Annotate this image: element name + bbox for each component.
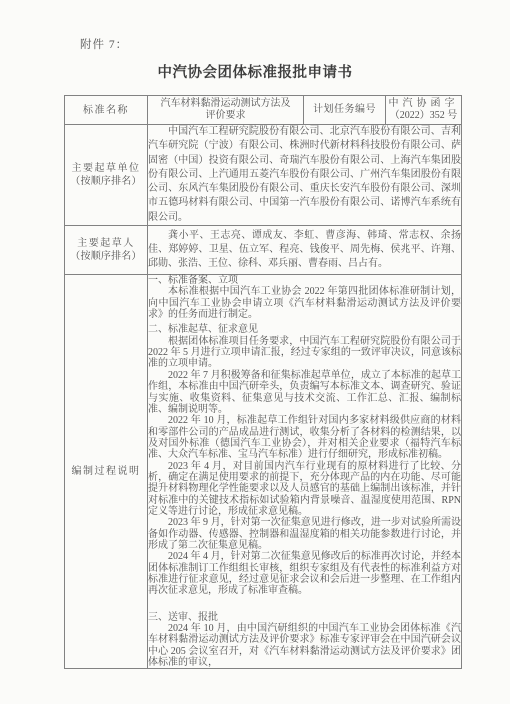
process-paragraph: 2024 年 4 月，针对第二次征集意见修改后的标准再次讨论，并经本团体标准制订… — [148, 551, 461, 596]
standard-name-value: 汽车材料黏滑运动测试方法及 评价要求 — [148, 96, 304, 125]
process-section-heading: 二、标准起草、征求意见 — [148, 324, 461, 335]
drafters-row: 主要起草人 （按顺序排名） 龚小平、王志亮、谭成友、李虹、曹彦海、韩琦、常志权、… — [65, 226, 462, 275]
process-row: 编制过程说明 一、标准备案、立项 本标准根据中国汽车工业协会 2022 年第四批… — [65, 275, 462, 669]
drafting-units-label-line1: 主要起草单位 — [65, 162, 147, 175]
drafting-units-value: 中国汽车工程研究院股份有限公司、北京汽车股份有限公司、吉利汽车研究院（宁波）有限… — [148, 125, 461, 225]
process-content: 一、标准备案、立项 本标准根据中国汽车工业协会 2022 年第四批团体标准研制计… — [148, 275, 462, 669]
plan-task-value-line2: （2022）352 号 — [386, 110, 461, 123]
drafters-label-line1: 主要起草人 — [65, 237, 147, 250]
application-form-table: 标准名称 汽车材料黏滑运动测试方法及 评价要求 计划任务编号 中汽协函字 （20… — [64, 95, 462, 669]
process-paragraph: 本标准根据中国汽车工业协会 2022 年第四批团体标准研制计划，向中国汽车工业协… — [148, 286, 461, 320]
drafters-label: 主要起草人 （按顺序排名） — [65, 226, 148, 275]
process-paragraph: 2024 年 10 月，由中国汽研组织的中国汽车工业协会团体标准《汽车材料黏滑运… — [148, 623, 461, 668]
process-section-heading: 一、标准备案、立项 — [148, 275, 461, 286]
process-paragraph: 2022 年 10 月，标准起草工作组针对国内多家材料级供应商的材料和零部件公司… — [148, 415, 461, 460]
drafting-units-row: 主要起草单位 （按顺序排名） 中国汽车工程研究院股份有限公司、北京汽车股份有限公… — [65, 125, 462, 226]
standard-name-value-line1: 汽车材料黏滑运动测试方法及 — [148, 98, 303, 111]
standard-name-row: 标准名称 汽车材料黏滑运动测试方法及 评价要求 计划任务编号 中汽协函字 （20… — [65, 96, 462, 125]
plan-task-value: 中汽协函字 （2022）352 号 — [386, 96, 462, 125]
document-title: 中汽协会团体标准报批申请书 — [0, 61, 510, 82]
process-paragraph: 根据团体标准项目任务要求，中国汽车工程研究院股份有限公司于 2022 年 5 月… — [148, 336, 461, 370]
scanned-document-page: 附件 7： 中汽协会团体标准报批申请书 标准名称 汽车材料黏滑运动测试方法及 评… — [0, 0, 510, 704]
process-section-heading: 三、送审、报批 — [148, 612, 461, 623]
drafters-value: 龚小平、王志亮、谭成友、李虹、曹彦海、韩琦、常志权、余扬佳、郑婷婷、卫星、伍立军… — [148, 229, 461, 272]
standard-name-value-line2: 评价要求 — [148, 110, 303, 123]
process-paragraph: 2023 年 4 月，对目前国内汽车行业现有的原材料进行了比较、分析，确定在满足… — [148, 461, 461, 518]
plan-task-value-line1: 中汽协函字 — [386, 98, 461, 111]
drafters-label-line2: （按顺序排名） — [65, 250, 147, 263]
process-label: 编制过程说明 — [65, 275, 148, 669]
drafting-units-label: 主要起草单位 （按顺序排名） — [65, 125, 148, 226]
drafting-units-label-line2: （按顺序排名） — [65, 175, 147, 188]
standard-name-label: 标准名称 — [65, 96, 148, 125]
plan-task-label: 计划任务编号 — [304, 96, 386, 125]
process-paragraph: 2023 年 9 月，针对第一次征集意见进行修改，进一步对试验所需设备如作动器、… — [148, 517, 461, 551]
process-paragraph: 2022 年 7 月积极筹备和征集标准起草单位，成立了本标准的起草工作组，本标准… — [148, 370, 461, 415]
attachment-label: 附件 7： — [80, 36, 128, 52]
